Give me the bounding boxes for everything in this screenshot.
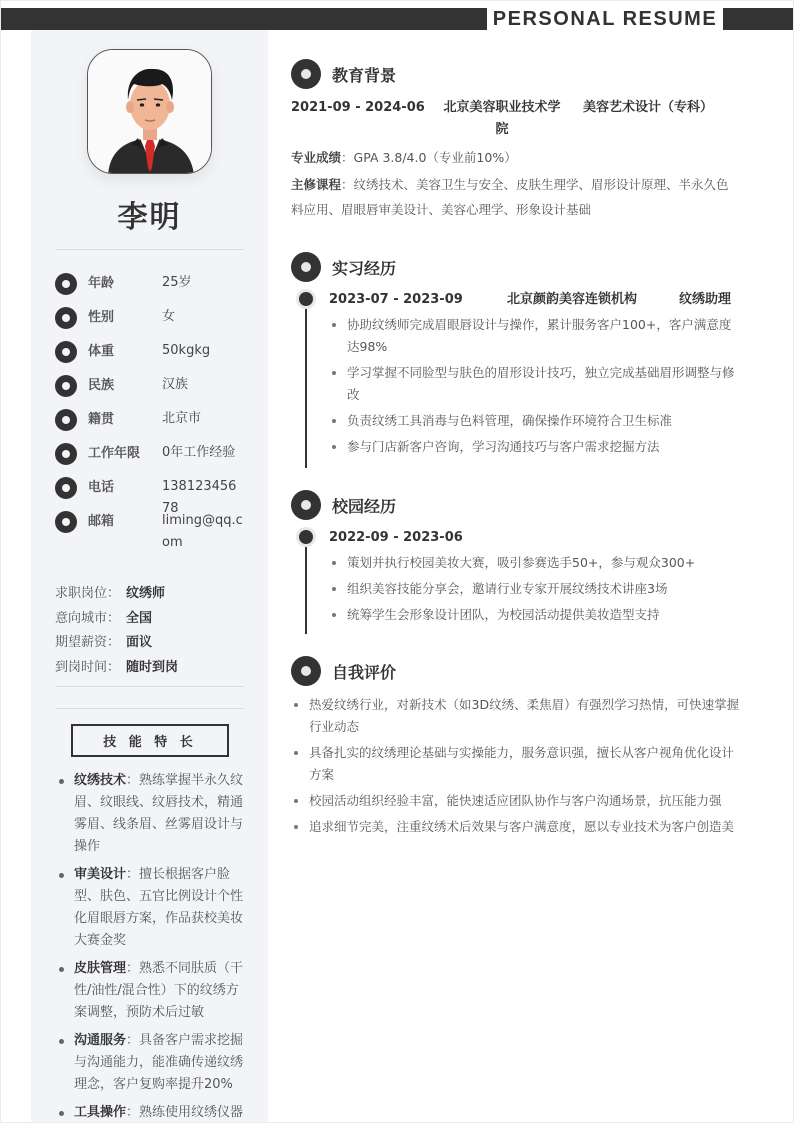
campus-section: 校园经历 2022-09 - 2023-06 策划并执行校园美妆大赛，吸引参赛选… [291, 490, 741, 626]
skill-item: 纹绣技术：熟练掌握半永久纹眉、纹眼线、纹唇技术，精通雾眉、线条眉、丝雾眉设计与操… [57, 770, 247, 858]
ring-bullet-icon [55, 273, 77, 295]
timeline-line [305, 534, 307, 634]
ring-bullet-icon [55, 307, 77, 329]
resume-page: PERSONAL RESUME [1, 1, 793, 1122]
timeline-dot-icon [299, 530, 313, 544]
self-eval-bullet: 校园活动组织经验丰富，能快速适应团队协作与客户沟通场景，抗压能力强 [291, 790, 741, 812]
timeline-line [305, 296, 307, 468]
ring-bullet-icon [55, 511, 77, 533]
info-row-hometown: 籍贯 北京市 [55, 408, 255, 442]
ring-bullet-icon [55, 409, 77, 431]
internship-bullet: 协助纹绣师完成眉眼唇设计与操作，累计服务客户100+，客户满意度达98% [329, 314, 741, 358]
info-row-experience: 工作年限 0年工作经验 [55, 442, 255, 476]
ring-bullet-icon [55, 375, 77, 397]
sidebar: 李明 年龄 25岁 性别 女 体重 50kgkg 民族 汉族 [31, 30, 268, 1122]
self-eval-bullet: 具备扎实的纹绣理论基础与实操能力，服务意识强，擅长从客户视角优化设计方案 [291, 742, 741, 786]
self-eval-title: 自我评价 [332, 660, 396, 683]
section-ring-icon [291, 656, 321, 686]
divider [55, 708, 244, 709]
skill-item: 皮肤管理：熟悉不同肤质（干性/油性/混合性）下的纹绣方案调整，预防术后过敏 [57, 958, 247, 1024]
job-intent-start: 到岗时间： 随时到岗 [55, 656, 178, 681]
skill-item: 沟通服务：具备客户需求挖掘与沟通能力，能准确传递纹绣理念，客户复购率提升20% [57, 1030, 247, 1096]
internship-bullet: 负责纹绣工具消毒与色料管理，确保操作环境符合卫生标准 [329, 410, 741, 432]
self-eval-bullet: 热爱纹绣行业，对新技术（如3D纹绣、柔焦眉）有强烈学习热情，可快速掌握行业动态 [291, 694, 741, 738]
timeline-dot-icon [299, 292, 313, 306]
info-row-age: 年龄 25岁 [55, 272, 255, 306]
education-entry: 2021-09 - 2024-06 北京美容职业技术学院 美容艺术设计（专科） [291, 97, 741, 141]
internship-bullet: 参与门店新客户咨询，学习沟通技巧与客户需求挖掘方法 [329, 436, 741, 458]
avatar [87, 49, 212, 174]
divider [55, 686, 244, 687]
divider [55, 249, 244, 250]
info-row-email: 邮箱 liming@qq.com [55, 510, 255, 560]
section-ring-icon [291, 490, 321, 520]
main-content: 教育背景 2021-09 - 2024-06 北京美容职业技术学院 美容艺术设计… [291, 59, 741, 842]
campus-bullet: 组织美容技能分享会，邀请行业专家开展纹绣技术讲座3场 [329, 578, 741, 600]
campus-bullet: 统筹学生会形象设计团队，为校园活动提供美妆造型支持 [329, 604, 741, 626]
ring-bullet-icon [55, 443, 77, 465]
info-row-ethnicity: 民族 汉族 [55, 374, 255, 408]
job-intent-list: 求职岗位： 纹绣师 意向城市： 全国 期望薪资： 面议 到岗时间： 随时到岗 [55, 582, 178, 680]
header-title: PERSONAL RESUME [493, 8, 717, 31]
personal-info-list: 年龄 25岁 性别 女 体重 50kgkg 民族 汉族 籍贯 北京市 [55, 272, 255, 560]
education-title: 教育背景 [332, 63, 396, 86]
campus-bullet: 策划并执行校园美妆大赛，吸引参赛选手50+，参与观众300+ [329, 552, 741, 574]
info-row-phone: 电话 13812345678 [55, 476, 255, 510]
job-intent-position: 求职岗位： 纹绣师 [55, 582, 178, 607]
campus-timeline: 2022-09 - 2023-06 策划并执行校园美妆大赛，吸引参赛选手50+，… [299, 528, 741, 626]
section-ring-icon [291, 59, 321, 89]
job-intent-city: 意向城市： 全国 [55, 607, 178, 632]
skills-list: 纹绣技术：熟练掌握半永久纹眉、纹眼线、纹唇技术，精通雾眉、线条眉、丝雾眉设计与操… [57, 770, 247, 1122]
section-ring-icon [291, 252, 321, 282]
internship-title: 实习经历 [332, 256, 396, 279]
avatar-portrait-icon [88, 50, 212, 174]
ring-bullet-icon [55, 477, 77, 499]
header-title-box: PERSONAL RESUME [487, 8, 723, 31]
job-intent-salary: 期望薪资： 面议 [55, 631, 178, 656]
internship-timeline: 2023-07 - 2023-09 北京颜韵美容连锁机构 纹绣助理 协助纹绣师完… [299, 290, 741, 458]
profile-name: 李明 [31, 192, 268, 236]
education-courses: 主修课程：纹绣技术、美容卫生与安全、皮肤生理学、眉形设计原理、半永久色料应用、眉… [291, 172, 741, 222]
info-row-weight: 体重 50kgkg [55, 340, 255, 374]
info-row-gender: 性别 女 [55, 306, 255, 340]
education-section: 教育背景 2021-09 - 2024-06 北京美容职业技术学院 美容艺术设计… [291, 59, 741, 222]
internship-section: 实习经历 2023-07 - 2023-09 北京颜韵美容连锁机构 纹绣助理 协… [291, 252, 741, 458]
skill-item: 工具操作：熟练使用纹绣仪器 [57, 1102, 247, 1122]
education-gpa: 专业成绩：GPA 3.8/4.0（专业前10%） [291, 145, 741, 170]
self-eval-bullet: 追求细节完美，注重纹绣术后效果与客户满意度，愿以专业技术为客户创造美 [291, 816, 741, 838]
campus-title: 校园经历 [332, 494, 396, 517]
self-eval-section: 自我评价 热爱纹绣行业，对新技术（如3D纹绣、柔焦眉）有强烈学习热情，可快速掌握… [291, 656, 741, 838]
skills-title: 技 能 特 长 [71, 724, 229, 757]
ring-bullet-icon [55, 341, 77, 363]
internship-bullet: 学习掌握不同脸型与肤色的眉形设计技巧，独立完成基础眉形调整与修改 [329, 362, 741, 406]
skill-item: 审美设计：擅长根据客户脸型、肤色、五官比例设计个性化眉眼唇方案，作品获校美妆大赛… [57, 864, 247, 952]
